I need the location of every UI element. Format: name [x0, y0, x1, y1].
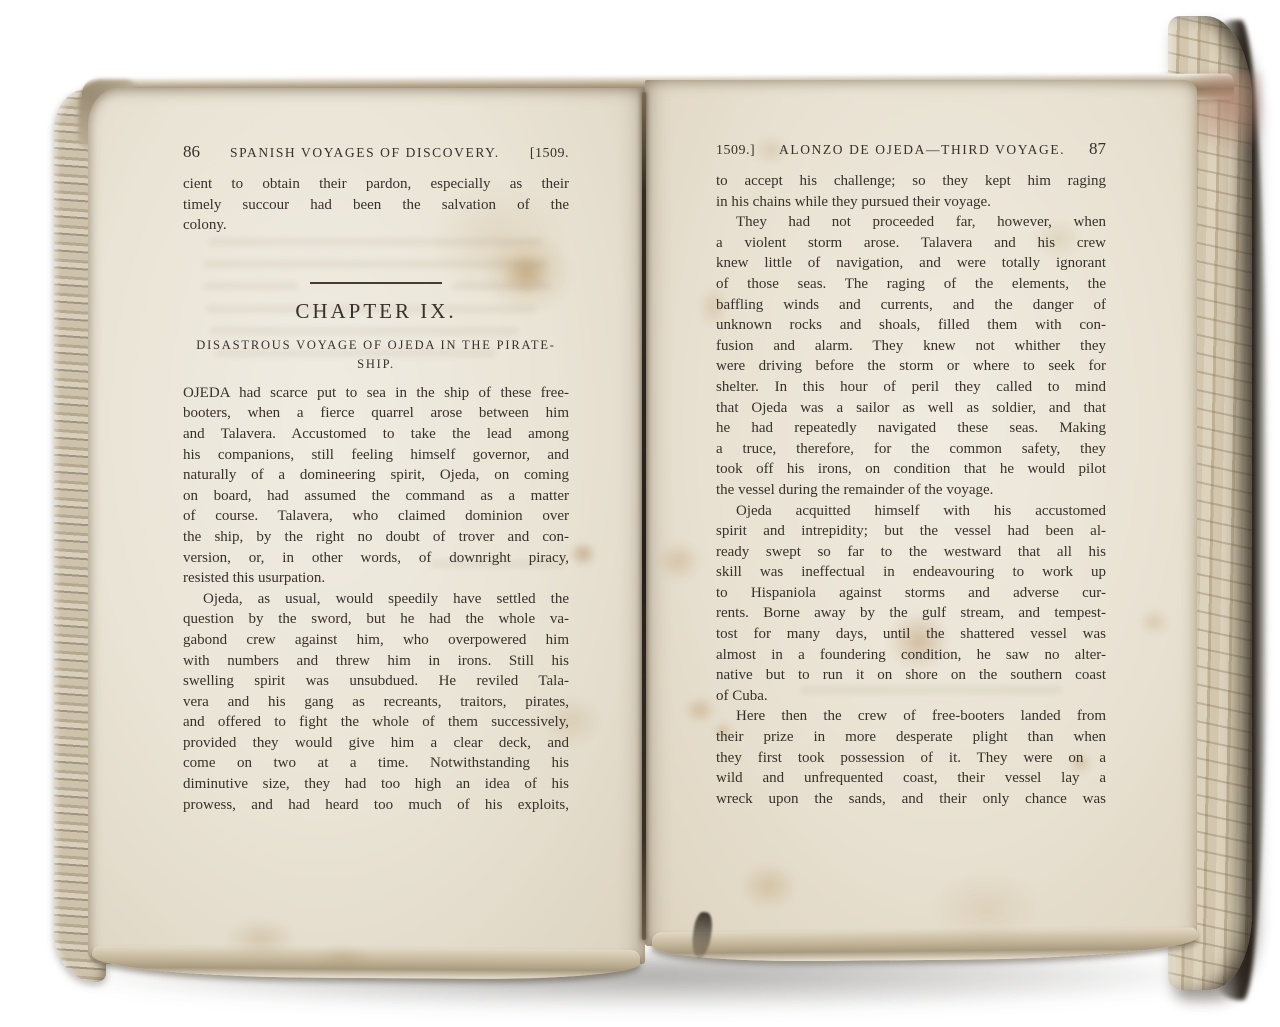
paragraph: to accept his challenge; so they kept hi… — [716, 171, 1106, 212]
text-line: OJEDA had scarce put to sea in the ship … — [183, 383, 569, 404]
text-line: his companions, still feeling himself go… — [183, 445, 569, 466]
text-line: of course. Talavera, who claimed dominio… — [183, 506, 569, 527]
book-gutter — [642, 92, 646, 940]
text-line: skill was ineffectual in endeavouring to… — [716, 562, 1106, 583]
right-running-title: ALONZO DE OJEDA—THIRD VOYAGE. — [779, 142, 1065, 158]
right-body-text: to accept his challenge; so they kept hi… — [716, 171, 1106, 809]
chapter-subtitle: DISASTROUS VOYAGE OF OJEDA IN THE PIRATE… — [183, 336, 569, 374]
right-page-text: 1509.] ALONZO DE OJEDA—THIRD VOYAGE. 87 … — [716, 139, 1106, 809]
right-running-header: 1509.] ALONZO DE OJEDA—THIRD VOYAGE. 87 — [716, 139, 1106, 159]
text-line: booters, when a fierce quarrel arose bet… — [183, 403, 569, 424]
paragraph: Ojeda acquitted himself with his accusto… — [716, 501, 1106, 707]
text-line: the ship, by the right no doubt of trove… — [183, 527, 569, 548]
left-page-text: 86 SPANISH VOYAGES OF DISCOVERY. [1509. … — [183, 142, 569, 815]
section-divider-rule — [310, 282, 442, 284]
text-line: cient to obtain their pardon, especially… — [183, 174, 569, 195]
text-line: They had not proceeded far, however, whe… — [716, 212, 1106, 233]
paragraph: Ojeda, as usual, would speedily have set… — [183, 589, 569, 816]
left-running-header: 86 SPANISH VOYAGES OF DISCOVERY. [1509. — [183, 142, 569, 162]
text-line: rents. Borne away by the gulf stream, an… — [716, 603, 1106, 624]
text-line: tost for many days, until the shattered … — [716, 624, 1106, 645]
paragraph: OJEDA had scarce put to sea in the ship … — [183, 383, 569, 589]
text-line: a violent storm arose. Talavera and his … — [716, 233, 1106, 254]
text-line: with numbers and threw him in irons. Sti… — [183, 651, 569, 672]
text-line: took off his irons, on condition that he… — [716, 459, 1106, 480]
text-line: wreck upon the sands, and their only cha… — [716, 789, 1106, 810]
text-line: vera and his gang as recreants, traitors… — [183, 692, 569, 713]
text-line: resisted this usurpation. — [183, 568, 569, 589]
left-continuation: cient to obtain their pardon, especially… — [183, 174, 569, 236]
text-line: were driving before the storm or where t… — [716, 356, 1106, 377]
paragraph: Here then the crew of free-booters lande… — [716, 706, 1106, 809]
text-line: prowess, and had heard too much of his e… — [183, 795, 569, 816]
left-header-year: [1509. — [530, 146, 569, 162]
text-line: and Talavera. Accustomed to take the lea… — [183, 424, 569, 445]
text-line: ready swept so far to the westward that … — [716, 542, 1106, 563]
text-line: question by the sword, but he had the wh… — [183, 609, 569, 630]
subtitle-line: DISASTROUS VOYAGE OF OJEDA IN THE PIRATE… — [183, 336, 569, 355]
paragraph: They had not proceeded far, however, whe… — [716, 212, 1106, 500]
text-line: in his chains while they pursued their v… — [716, 192, 1106, 213]
text-line: provided they would give him a clear dec… — [183, 733, 569, 754]
text-line: to Hispaniola against storms and adverse… — [716, 583, 1106, 604]
text-line: they first took possession of it. They w… — [716, 748, 1106, 769]
text-line: swelling spirit was unsubdued. He revile… — [183, 671, 569, 692]
left-body-text: OJEDA had scarce put to sea in the ship … — [183, 383, 569, 815]
chapter-heading: CHAPTER IX. — [183, 299, 569, 324]
left-running-title: SPANISH VOYAGES OF DISCOVERY. — [230, 145, 500, 161]
text-line: timely succour had been the salvation of… — [183, 195, 569, 216]
text-line: he had repeatedly navigated these seas. … — [716, 418, 1106, 439]
text-line: that Ojeda was a sailor as well as soldi… — [716, 398, 1106, 419]
right-header-year: 1509.] — [716, 143, 755, 159]
text-line: almost in a foundering condition, he saw… — [716, 645, 1106, 666]
text-line: diminutive size, they had too high an id… — [183, 774, 569, 795]
text-line: of those seas. The raging of the element… — [716, 274, 1106, 295]
text-line: spirit and intrepidity; but the vessel h… — [716, 521, 1106, 542]
text-line: to accept his challenge; so they kept hi… — [716, 171, 1106, 192]
paragraph: cient to obtain their pardon, especially… — [183, 174, 569, 236]
text-line: Ojeda, as usual, would speedily have set… — [183, 589, 569, 610]
text-line: of Cuba. — [716, 686, 1106, 707]
text-line: come on two at a time. Notwithstanding h… — [183, 753, 569, 774]
text-line: gabond crew against him, who overpowered… — [183, 630, 569, 651]
text-line: fusion and alarm. They knew not whither … — [716, 336, 1106, 357]
text-line: the vessel during the remainder of the v… — [716, 480, 1106, 501]
text-line: shelter. In this hour of peril they call… — [716, 377, 1106, 398]
text-line: naturally of a domineering spirit, Ojeda… — [183, 465, 569, 486]
book-scan: 86 SPANISH VOYAGES OF DISCOVERY. [1509. … — [0, 0, 1280, 1027]
text-line: baffling winds and currents, and the dan… — [716, 295, 1106, 316]
text-line: version, or, in other words, of downrigh… — [183, 548, 569, 569]
subtitle-line: SHIP. — [183, 355, 569, 374]
text-line: unknown rocks and shoals, filled them wi… — [716, 315, 1106, 336]
text-line: their prize in more desperate plight tha… — [716, 727, 1106, 748]
text-line: on board, had assumed the command as a m… — [183, 486, 569, 507]
text-line: native but to run it on shore on the sou… — [716, 665, 1106, 686]
text-line: a truce, therefore, for the common safet… — [716, 439, 1106, 460]
text-line: Here then the crew of free-booters lande… — [716, 706, 1106, 727]
text-line: Ojeda acquitted himself with his accusto… — [716, 501, 1106, 522]
text-line: and offered to fight the whole of them s… — [183, 712, 569, 733]
text-line: knew little of navigation, and were tota… — [716, 253, 1106, 274]
text-line: colony. — [183, 215, 569, 236]
left-page-number: 86 — [183, 142, 200, 162]
text-line: wild and unfrequented coast, their vesse… — [716, 768, 1106, 789]
right-page-number: 87 — [1089, 139, 1106, 159]
